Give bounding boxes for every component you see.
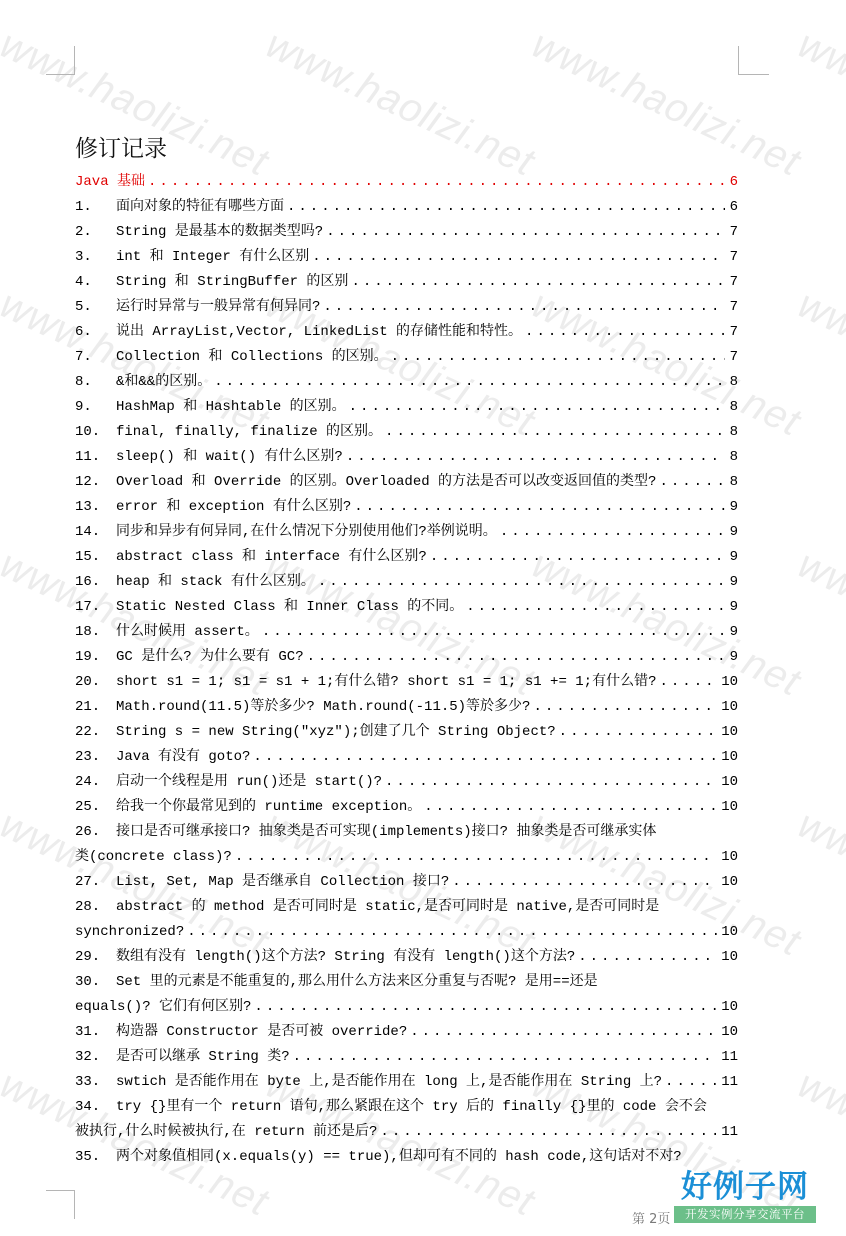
toc-page-number: 9 <box>729 570 738 595</box>
toc-entry-number: 7. <box>75 345 116 370</box>
toc-entry[interactable]: 3.int 和 Integer 有什么区别7 <box>75 245 738 270</box>
toc-entry[interactable]: 4.String 和 StringBuffer 的区别7 <box>75 270 738 295</box>
toc-entry-text: swtich 是否能作用在 byte 上,是否能作用在 long 上,是否能作用… <box>116 1070 662 1095</box>
toc-entry-text: 什么时候用 assert。 <box>116 620 259 645</box>
toc-entry-number: 34. <box>75 1095 116 1120</box>
toc-entry[interactable]: 12.Overload 和 Override 的区别。Overloaded 的方… <box>75 470 738 495</box>
toc-entry[interactable]: 24.启动一个线程是用 run()还是 start()?10 <box>75 770 738 795</box>
toc-entry-number: 26. <box>75 820 116 845</box>
toc-page-number: 9 <box>729 520 738 545</box>
toc-entry-number: 29. <box>75 945 116 970</box>
watermark-text: www.haolizi.net <box>791 22 846 186</box>
toc-entry[interactable]: 6.说出 ArrayList,Vector, LinkedList 的存储性能和… <box>75 320 738 345</box>
toc-entry-text: equals()? 它们有何区别? <box>75 995 251 1020</box>
toc-entry[interactable]: 20.short s1 = 1; s1 = s1 + 1;有什么错? short… <box>75 670 738 695</box>
crop-mark-top-right <box>738 46 769 75</box>
toc-entry-text: short s1 = 1; s1 = s1 + 1;有什么错? short s1… <box>116 670 656 695</box>
toc-entry-number: 8. <box>75 370 116 395</box>
toc-dot-leader <box>307 645 725 670</box>
toc-entry-number: 35. <box>75 1145 116 1170</box>
logo-tagline: 开发实例分享交流平台 <box>674 1206 816 1223</box>
toc-dot-leader <box>385 420 725 445</box>
toc-dot-leader <box>380 1120 717 1145</box>
toc-dot-leader <box>525 320 725 345</box>
toc-entry-text: abstract 的 method 是否可同时是 static,是否可同时是 n… <box>116 895 738 920</box>
toc-entry[interactable]: 27.List, Set, Map 是否继承自 Collection 接口?10 <box>75 870 738 895</box>
toc-dot-leader <box>262 620 725 645</box>
toc-entry[interactable]: 11.sleep() 和 wait() 有什么区别?8 <box>75 445 738 470</box>
toc-page-number: 11 <box>721 1045 738 1070</box>
toc-dot-leader <box>326 220 725 245</box>
toc-dot-leader <box>410 1020 717 1045</box>
toc-page-number: 6 <box>729 170 738 195</box>
toc-entry-number: 5. <box>75 295 116 320</box>
toc-entry-number: 14. <box>75 520 116 545</box>
toc-entry[interactable]: 16.heap 和 stack 有什么区别。9 <box>75 570 738 595</box>
toc-entry-text: Java 有没有 goto? <box>116 745 250 770</box>
toc-dot-leader <box>351 270 725 295</box>
toc-entry-text: Set 里的元素是不能重复的,那么用什么方法来区分重复与否呢? 是用==还是 <box>116 970 738 995</box>
toc-entry-continuation[interactable]: synchronized?10 <box>75 920 738 945</box>
toc-entry-number: 27. <box>75 870 116 895</box>
toc-entry-number: 25. <box>75 795 116 820</box>
toc-section-link[interactable]: Java 基础6 <box>75 170 738 195</box>
toc-page-number: 7 <box>729 345 738 370</box>
toc-entry-text: Static Nested Class 和 Inner Class 的不同。 <box>116 595 463 620</box>
site-logo: 好例子网 开发实例分享交流平台 <box>674 1168 816 1223</box>
toc-entry-number: 4. <box>75 270 116 295</box>
crop-mark-top-left <box>46 46 75 75</box>
toc-entry-text: 同步和异步有何异同,在什么情况下分别使用他们?举例说明。 <box>116 520 497 545</box>
toc-page-number: 10 <box>721 695 738 720</box>
toc-dot-leader <box>187 920 717 945</box>
toc-dot-leader <box>349 395 725 420</box>
toc-entry[interactable]: 19.GC 是什么? 为什么要有 GC?9 <box>75 645 738 670</box>
toc-page-number: 8 <box>729 445 738 470</box>
toc-entry[interactable]: 21.Math.round(11.5)等於多少? Math.round(-11.… <box>75 695 738 720</box>
toc-entry[interactable]: 8.&和&&的区别。8 <box>75 370 738 395</box>
toc-entry-text: sleep() 和 wait() 有什么区别? <box>116 445 343 470</box>
toc-page-number: 6 <box>729 195 738 220</box>
toc-page-number: 9 <box>729 495 738 520</box>
toc-entry-number: 31. <box>75 1020 116 1045</box>
toc-page-number: 9 <box>729 545 738 570</box>
toc-entry-number: 16. <box>75 570 116 595</box>
crop-mark-bottom-left <box>46 1190 75 1219</box>
toc-entry[interactable]: 28.abstract 的 method 是否可同时是 static,是否可同时… <box>75 895 738 920</box>
toc-dot-leader <box>254 995 717 1020</box>
toc-entry-number: 33. <box>75 1070 116 1095</box>
toc-page-number: 10 <box>721 670 738 695</box>
toc-entry-number: 20. <box>75 670 116 695</box>
toc-entry[interactable]: 18.什么时候用 assert。9 <box>75 620 738 645</box>
toc-dot-leader <box>391 345 725 370</box>
toc-entry-text: &和&&的区别。 <box>116 370 211 395</box>
toc-entry[interactable]: 23.Java 有没有 goto?10 <box>75 745 738 770</box>
toc-entry[interactable]: 32.是否可以继承 String 类?11 <box>75 1045 738 1070</box>
toc-page-number: 10 <box>721 770 738 795</box>
toc-entry[interactable]: 14.同步和异步有何异同,在什么情况下分别使用他们?举例说明。9 <box>75 520 738 545</box>
toc-entry-number: 13. <box>75 495 116 520</box>
toc-page-number: 10 <box>721 720 738 745</box>
document-page: 修订记录 Java 基础61.面向对象的特征有哪些方面62.String 是最基… <box>75 130 738 1170</box>
toc-page-number: 11 <box>721 1070 738 1095</box>
toc-page-number: 9 <box>729 595 738 620</box>
toc-entry[interactable]: 7.Collection 和 Collections 的区别。7 <box>75 345 738 370</box>
toc-entry[interactable]: 25.给我一个你最常见到的 runtime exception。10 <box>75 795 738 820</box>
toc-entry-continuation[interactable]: 类(concrete class)?10 <box>75 845 738 870</box>
toc-dot-leader <box>466 595 725 620</box>
toc-entry-text: String 和 StringBuffer 的区别 <box>116 270 348 295</box>
toc-entry-text: abstract class 和 interface 有什么区别? <box>116 545 427 570</box>
toc-dot-leader <box>665 1070 717 1095</box>
toc-entry-number: 6. <box>75 320 116 345</box>
toc-page-number: 7 <box>729 245 738 270</box>
toc-entry[interactable]: 31.构造器 Constructor 是否可被 override?10 <box>75 1020 738 1045</box>
toc-entry-text: heap 和 stack 有什么区别。 <box>116 570 315 595</box>
toc-entry-text: String 是最基本的数据类型吗? <box>116 220 323 245</box>
toc-page-number: 9 <box>729 645 738 670</box>
toc-entry-number: 1. <box>75 195 116 220</box>
toc-entry-text: 是否可以继承 String 类? <box>116 1045 290 1070</box>
page-title: 修订记录 <box>75 130 738 170</box>
toc-dot-leader <box>385 770 717 795</box>
toc-page-number: 8 <box>729 395 738 420</box>
toc-entry[interactable]: 34.try {}里有一个 return 语句,那么紧跟在这个 try 后的 f… <box>75 1095 738 1120</box>
toc-entry[interactable]: 5.运行时异常与一般异常有何异同?7 <box>75 295 738 320</box>
toc-page-number: 7 <box>729 270 738 295</box>
logo-text: 好例子网 <box>674 1168 816 1206</box>
toc-entry[interactable]: 22.String s = new String("xyz");创建了几个 St… <box>75 720 738 745</box>
page-number: 第 2页 <box>632 1208 670 1227</box>
toc-entry-number: 9. <box>75 395 116 420</box>
toc-dot-leader <box>559 720 718 745</box>
toc-dot-leader <box>533 695 717 720</box>
toc-entry[interactable]: 30.Set 里的元素是不能重复的,那么用什么方法来区分重复与否呢? 是用==还… <box>75 970 738 995</box>
toc-dot-leader <box>659 470 725 495</box>
toc-entry[interactable]: 2.String 是最基本的数据类型吗?7 <box>75 220 738 245</box>
toc-page-number: 11 <box>721 1120 738 1145</box>
toc-page-number: 10 <box>721 870 738 895</box>
toc-entry-text: 说出 ArrayList,Vector, LinkedList 的存储性能和特性… <box>116 320 522 345</box>
toc-page-number: 7 <box>729 220 738 245</box>
toc-dot-leader <box>287 195 725 220</box>
watermark-text: www.haolizi.net <box>791 802 846 966</box>
watermark-text: www.haolizi.net <box>791 542 846 706</box>
toc-entry-text: try {}里有一个 return 语句,那么紧跟在这个 try 后的 fina… <box>116 1095 738 1120</box>
toc-entry-text: final, finally, finalize 的区别。 <box>116 420 382 445</box>
toc-entry-number: 17. <box>75 595 116 620</box>
toc-dot-leader <box>214 370 725 395</box>
toc-dot-leader <box>452 870 717 895</box>
toc-entry[interactable]: 1.面向对象的特征有哪些方面6 <box>75 195 738 220</box>
toc-page-number: 7 <box>729 320 738 345</box>
toc-dot-leader <box>500 520 725 545</box>
toc-entry-number: 11. <box>75 445 116 470</box>
toc-page-number: 10 <box>721 745 738 770</box>
toc-entry-number: 22. <box>75 720 116 745</box>
toc-entry-number: 23. <box>75 745 116 770</box>
toc-entry-text: 类(concrete class)? <box>75 845 232 870</box>
toc-entry-number: 24. <box>75 770 116 795</box>
toc-entry-text: 构造器 Constructor 是否可被 override? <box>116 1020 407 1045</box>
toc-entry-number: 32. <box>75 1045 116 1070</box>
toc-entry-number: 3. <box>75 245 116 270</box>
toc-page-number: 8 <box>729 370 738 395</box>
toc-dot-leader <box>253 745 717 770</box>
toc-entry-text: int 和 Integer 有什么区别 <box>116 245 309 270</box>
toc-entry-text: Java 基础 <box>75 170 145 195</box>
toc-entry-continuation[interactable]: equals()? 它们有何区别?10 <box>75 995 738 1020</box>
toc-entry-number: 10. <box>75 420 116 445</box>
toc-entry[interactable]: 10.final, finally, finalize 的区别。8 <box>75 420 738 445</box>
toc-dot-leader <box>235 845 717 870</box>
toc-entry-text: HashMap 和 Hashtable 的区别。 <box>116 395 346 420</box>
toc-dot-leader <box>318 570 725 595</box>
toc-page-number: 10 <box>721 795 738 820</box>
toc-entry-text: synchronized? <box>75 920 184 945</box>
toc-dot-leader <box>293 1045 718 1070</box>
toc-entry[interactable]: 29.数组有没有 length()这个方法? String 有没有 length… <box>75 945 738 970</box>
toc-page-number: 10 <box>721 845 738 870</box>
toc-entry-number: 19. <box>75 645 116 670</box>
toc-page-number: 9 <box>729 620 738 645</box>
toc-entry-text: Collection 和 Collections 的区别。 <box>116 345 388 370</box>
toc-entry-number: 18. <box>75 620 116 645</box>
toc-dot-leader <box>312 245 725 270</box>
toc-page-number: 10 <box>721 920 738 945</box>
toc-dot-leader <box>430 545 725 570</box>
toc-entry-number: 21. <box>75 695 116 720</box>
toc-entry[interactable]: 13.error 和 exception 有什么区别?9 <box>75 495 738 520</box>
toc-entry[interactable]: 17.Static Nested Class 和 Inner Class 的不同… <box>75 595 738 620</box>
toc-entry-number: 30. <box>75 970 116 995</box>
toc-entry-text: 面向对象的特征有哪些方面 <box>116 195 284 220</box>
toc-dot-leader <box>659 670 717 695</box>
toc-entry-text: Overload 和 Override 的区别。Overloaded 的方法是否… <box>116 470 656 495</box>
toc-entry-number: 2. <box>75 220 116 245</box>
toc-dot-leader <box>323 295 725 320</box>
watermark-text: www.haolizi.net <box>791 282 846 446</box>
toc-entry[interactable]: 33.swtich 是否能作用在 byte 上,是否能作用在 long 上,是否… <box>75 1070 738 1095</box>
toc-entry-text: GC 是什么? 为什么要有 GC? <box>116 645 304 670</box>
toc-entry-text: 数组有没有 length()这个方法? String 有没有 length()这… <box>116 945 575 970</box>
toc-dot-leader <box>354 495 725 520</box>
table-of-contents: Java 基础61.面向对象的特征有哪些方面62.String 是最基本的数据类… <box>75 170 738 1170</box>
toc-dot-leader <box>346 445 725 470</box>
toc-page-number: 8 <box>729 420 738 445</box>
toc-dot-leader <box>148 170 725 195</box>
toc-entry-text: Math.round(11.5)等於多少? Math.round(-11.5)等… <box>116 695 530 720</box>
toc-entry-text: 启动一个线程是用 run()还是 start()? <box>116 770 382 795</box>
toc-entry-text: 两个对象值相同(x.equals(y) == true),但却可有不同的 has… <box>116 1145 682 1170</box>
toc-entry[interactable]: 26.接口是否可继承接口? 抽象类是否可实现(implements)接口? 抽象… <box>75 820 738 845</box>
toc-dot-leader <box>578 945 717 970</box>
toc-entry-text: 接口是否可继承接口? 抽象类是否可实现(implements)接口? 抽象类是否… <box>116 820 738 845</box>
toc-page-number: 8 <box>729 470 738 495</box>
toc-entry[interactable]: 15.abstract class 和 interface 有什么区别?9 <box>75 545 738 570</box>
toc-entry-number: 15. <box>75 545 116 570</box>
toc-entry-number: 12. <box>75 470 116 495</box>
toc-entry-continuation[interactable]: 被执行,什么时候被执行,在 return 前还是后?11 <box>75 1120 738 1145</box>
toc-entry-text: String s = new String("xyz");创建了几个 Strin… <box>116 720 556 745</box>
toc-page-number: 10 <box>721 1020 738 1045</box>
toc-dot-leader <box>424 795 717 820</box>
toc-page-number: 10 <box>721 995 738 1020</box>
toc-page-number: 10 <box>721 945 738 970</box>
toc-entry-text: 被执行,什么时候被执行,在 return 前还是后? <box>75 1120 377 1145</box>
toc-entry-text: List, Set, Map 是否继承自 Collection 接口? <box>116 870 449 895</box>
toc-entry-number: 28. <box>75 895 116 920</box>
toc-entry[interactable]: 9.HashMap 和 Hashtable 的区别。8 <box>75 395 738 420</box>
toc-entry-text: error 和 exception 有什么区别? <box>116 495 351 520</box>
toc-entry[interactable]: 35.两个对象值相同(x.equals(y) == true),但却可有不同的 … <box>75 1145 738 1170</box>
toc-entry-text: 给我一个你最常见到的 runtime exception。 <box>116 795 421 820</box>
toc-page-number: 7 <box>729 295 738 320</box>
toc-entry-text: 运行时异常与一般异常有何异同? <box>116 295 320 320</box>
